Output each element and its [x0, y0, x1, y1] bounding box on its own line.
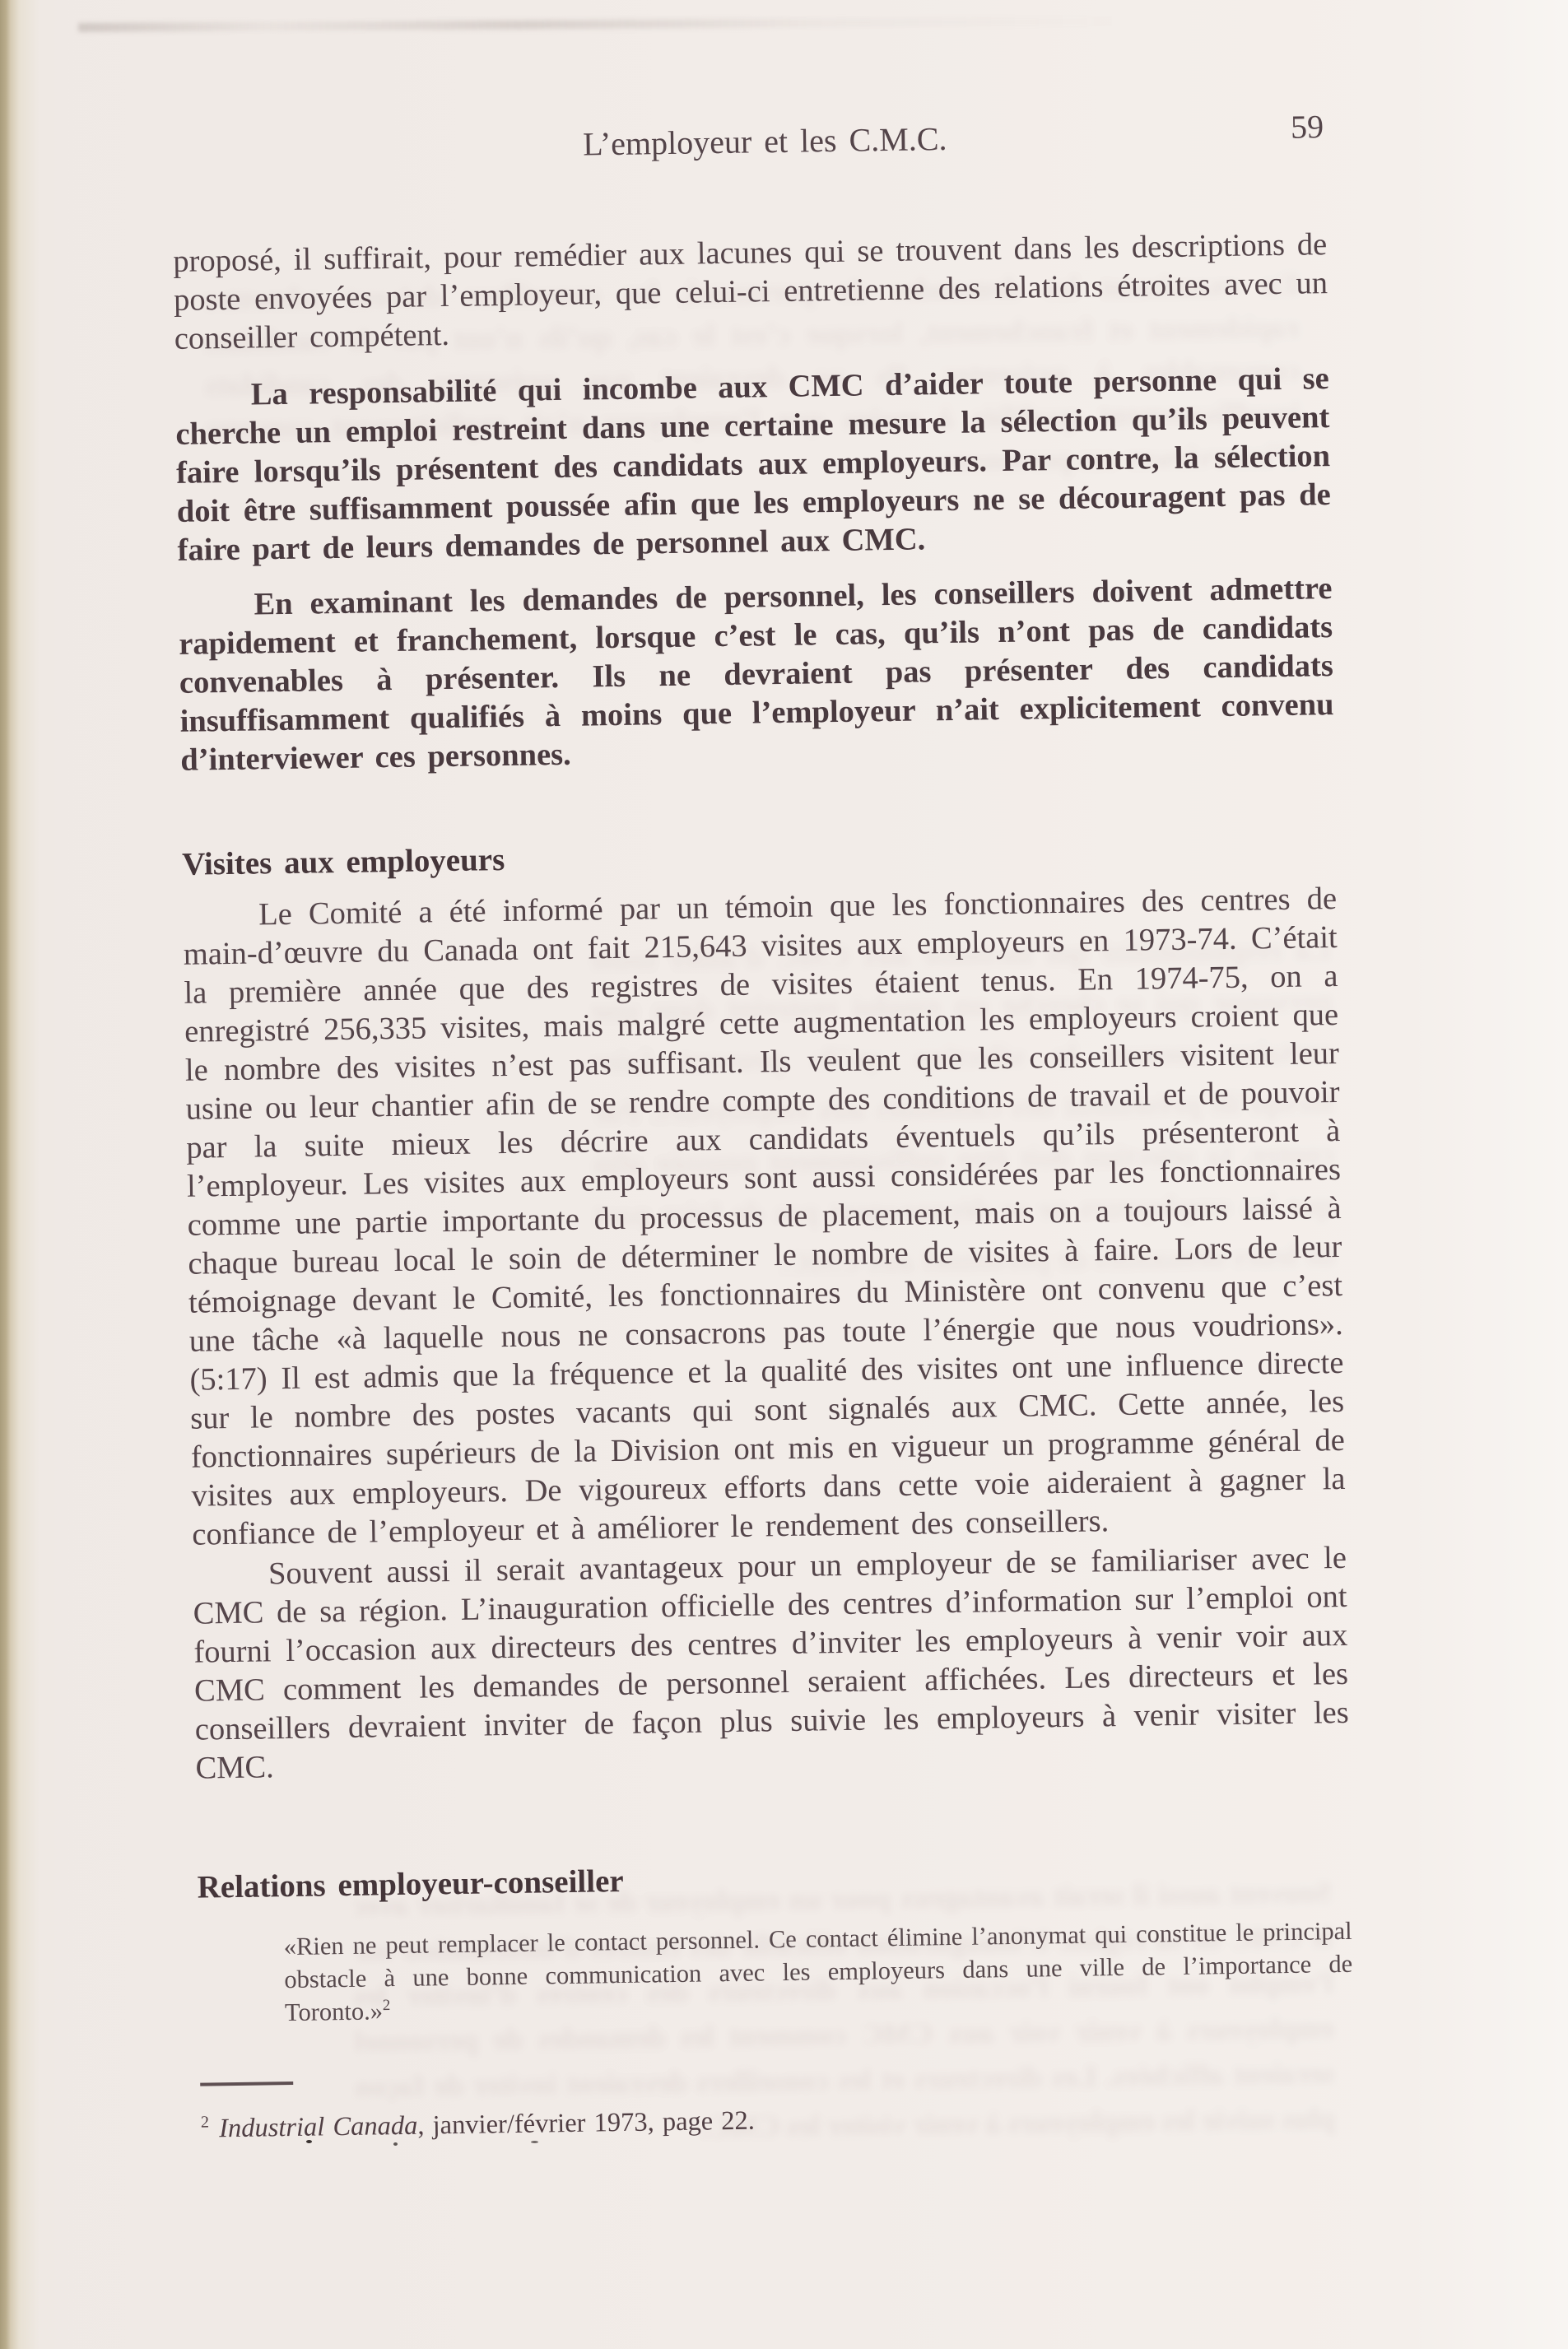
page-binding-edge [0, 0, 66, 2349]
page-content: L’employeur et les C.M.C. 59 proposé, il… [171, 114, 1355, 2146]
paragraph-souvent: Souvent aussi il serait avantageux pour … [193, 1539, 1350, 1788]
footnote-separator [200, 2082, 293, 2086]
footnote-source: Industrial Canada [219, 2111, 418, 2144]
page-number: 59 [1291, 107, 1324, 147]
quotation-footnote-ref: 2 [383, 1997, 391, 2014]
quotation: «Rien ne peut remplacer le contact perso… [283, 1914, 1353, 2029]
footnote-marker: 2 [201, 2114, 209, 2132]
quotation-text: «Rien ne peut remplacer le contact perso… [283, 1917, 1352, 2026]
paragraph-continuation: proposé, il suffirait, pour remédier aux… [173, 226, 1328, 359]
section-heading-relations: Relations employeur-conseiller [197, 1852, 1352, 1907]
scan-smudge [78, 16, 1124, 32]
paragraph-examinant: En examinant les demandes de personnel, … [178, 570, 1334, 780]
paragraph-responsabilite: La responsabilité qui incombe aux CMC d’… [174, 360, 1331, 570]
running-header: L’employeur et les C.M.C. [204, 114, 1326, 169]
page-header: L’employeur et les C.M.C. 59 [171, 114, 1326, 172]
section-heading-visites: Visites aux employeurs [182, 829, 1337, 884]
ink-speck [531, 2141, 538, 2143]
footnote-detail: , janvier/février 1973, page 22. [417, 2106, 755, 2141]
footnote: 2Industrial Canada, janvier/février 1973… [201, 2095, 1355, 2146]
paragraph-visites: Le Comité a été informé par un témoin qu… [183, 880, 1347, 1555]
ink-speck [393, 2142, 398, 2146]
scanned-page: { "page": { "running_header": "L’employe… [0, 0, 1568, 2349]
